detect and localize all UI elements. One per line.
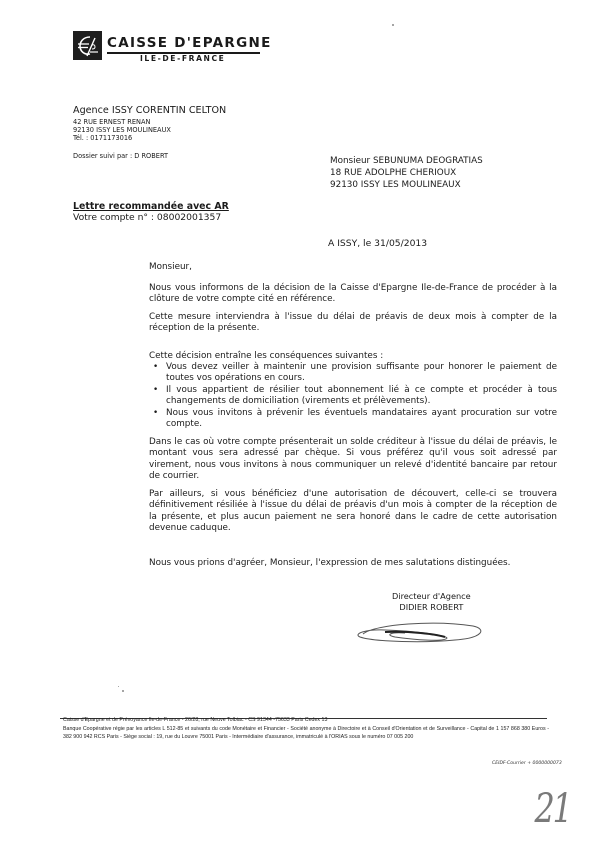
recipient-city: 92130 ISSY LES MOULINEAUX (330, 179, 483, 191)
paragraph-closing: Nous vous prions d'agréer, Monsieur, l'e… (149, 558, 557, 569)
registered-letter-label: Lettre recommandée avec AR (73, 201, 229, 212)
footer-address: Caisse d'Epargne et de Prévoyance Ile-de… (63, 716, 549, 725)
consequences-list: •Vous devez veiller à maintenir une prov… (149, 362, 557, 430)
recipient-name: Monsieur SEBUNUMA DEOGRATIAS (330, 155, 483, 167)
footer-legal: Caisse d'Epargne et de Prévoyance Ile-de… (63, 716, 549, 742)
recipient-address: Monsieur SEBUNUMA DEOGRATIAS 18 RUE ADOL… (330, 155, 483, 191)
list-item: •Nous vous invitons à prévenir les évent… (149, 408, 557, 431)
bullet-icon: • (153, 408, 158, 419)
agency-name: Agence ISSY CORENTIN CELTON (73, 105, 226, 116)
recipient-street: 18 RUE ADOLPHE CHERIOUX (330, 167, 483, 179)
mail-reference: CEIDF-Courrier + 0000000073 (492, 761, 562, 766)
bullet-icon: • (153, 362, 158, 373)
paragraph-consequences-intro: Cette décision entraîne les conséquences… (149, 351, 557, 362)
signer-block: Directeur d'Agence DIDIER ROBERT (392, 591, 471, 613)
salutation: Monsieur, (149, 262, 557, 273)
paragraph-overdraft: Par ailleurs, si vous bénéficiez d'une a… (149, 489, 557, 535)
place-date: A ISSY, le 31/05/2013 (328, 238, 427, 249)
brand-logo (73, 31, 102, 60)
signer-title: Directeur d'Agence (392, 591, 471, 602)
handwritten-page-number: 21 (534, 786, 570, 832)
paragraph-decision: Nous vous informons de la décision de la… (149, 283, 557, 306)
scan-speck (122, 690, 124, 692)
scan-speck (392, 24, 394, 26)
brand-name: CAISSE D'EPARGNE (107, 35, 272, 51)
agency-phone: Tél. : 0171173016 (73, 134, 132, 142)
paragraph-notice-period: Cette mesure interviendra à l'issue du d… (149, 312, 557, 335)
bullet-icon: • (153, 385, 158, 396)
paragraph-credit-balance: Dans le cas où votre compte présenterait… (149, 437, 557, 483)
agency-street: 42 RUE ERNEST RENAN (73, 118, 150, 126)
footer-legal-text: Banque Coopérative régie par les article… (63, 725, 549, 742)
agency-city: 92130 ISSY LES MOULINEAUX (73, 126, 171, 134)
dossier-handler: Dossier suivi par : D ROBERT (73, 152, 168, 160)
handwritten-signature-icon (355, 616, 490, 646)
list-item: •Vous devez veiller à maintenir une prov… (149, 362, 557, 385)
squirrel-euro-logo-icon (73, 31, 102, 60)
brand-region: ILE-DE-FRANCE (140, 54, 225, 63)
scan-speck (118, 686, 119, 687)
signer-name: DIDIER ROBERT (392, 602, 471, 613)
list-item: •Il vous appartient de résilier tout abo… (149, 385, 557, 408)
account-number: Votre compte n° : 08002001357 (73, 212, 221, 223)
